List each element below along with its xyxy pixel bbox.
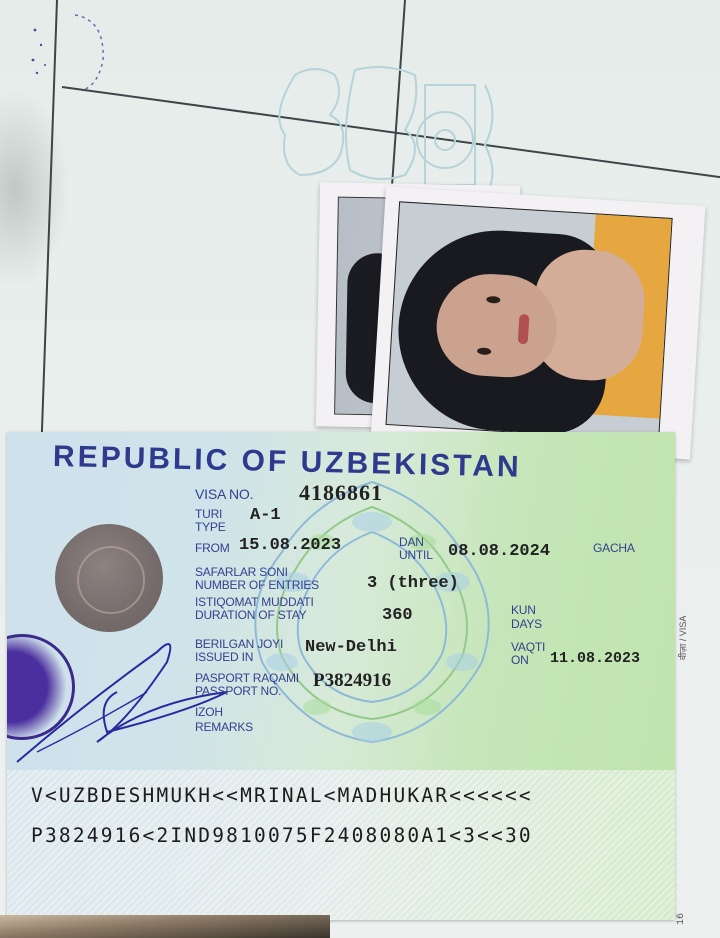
remarks-label-en: REMARKS [195, 721, 253, 734]
gacha-label: GACHA [593, 542, 635, 555]
visa-page-side-label: वीज़ा / VISA [676, 616, 689, 660]
entries-label-en: NUMBER OF ENTRIES [195, 579, 319, 592]
old-stamp-marks-icon [15, 5, 125, 95]
mrz-line-1: V<UZBDESHMUKH<<MRINAL<MADHUKAR<<<<<< [31, 784, 533, 807]
type-label-en: TYPE [195, 521, 226, 534]
from-label: FROM [195, 542, 230, 555]
visa-type: A-1 [250, 506, 281, 525]
passport-label-en: PASSPORT No. [195, 685, 281, 698]
number-of-entries: 3 (three) [367, 574, 459, 593]
until-date: 08.08.2024 [448, 542, 550, 561]
page-shadow [0, 90, 70, 290]
issued-in: New-Delhi [305, 638, 397, 657]
until-label-en: UNTIL [399, 549, 433, 562]
visa-number: 4186861 [299, 480, 383, 506]
days-label-uz: KUN [511, 604, 536, 617]
hologram-seal-icon [55, 524, 163, 632]
page-number: 16 [676, 913, 687, 925]
mrz-line-2: P3824916<2IND9810075F2408080A1<3<<30 [31, 824, 533, 847]
portrait-photo [385, 201, 672, 441]
issued-label-en: ISSUED IN [195, 651, 253, 664]
passport-number: P3824916 [313, 670, 391, 692]
visa-sticker: REPUBLIC OF UZBEKISTAN VISA No. 4186861 … [7, 432, 675, 920]
from-date: 15.08.2023 [239, 536, 341, 555]
issued-on-date: 11.08.2023 [550, 650, 640, 667]
duration-of-stay: 360 [382, 606, 413, 625]
passport-cover-edge [0, 915, 330, 938]
remarks-label-uz: IZOH [195, 706, 223, 719]
spare-photo-front [371, 186, 706, 459]
on-label-en: ON [511, 654, 529, 667]
visa-no-label: VISA No. [195, 488, 253, 501]
stay-label-en: DURATION OF STAY [195, 609, 306, 622]
days-label-en: DAYS [511, 618, 542, 631]
